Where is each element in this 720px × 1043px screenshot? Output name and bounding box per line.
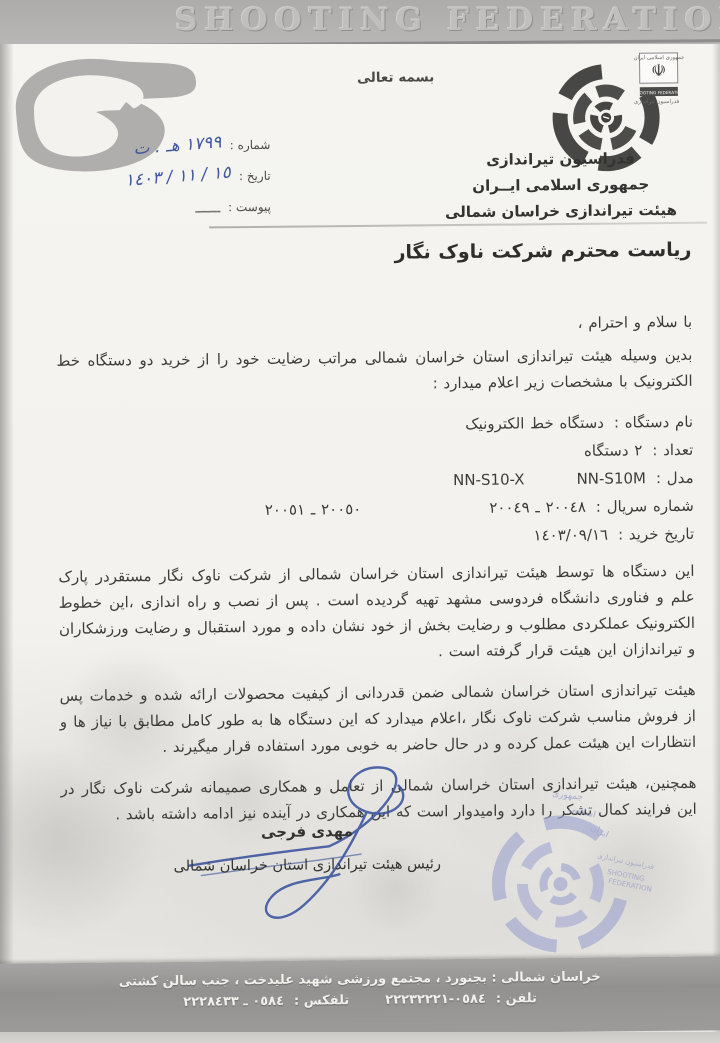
page-content: بسمه تعالی ☫ SHOOTING FEDERATION جمهوری … <box>0 44 720 1043</box>
footer-band: خراسان شمالی : بجنورد ، مجتمع ورزشی شهید… <box>0 956 720 1038</box>
spec-model-label: مدل : <box>656 464 694 492</box>
org-line-republic: جمهوری اسلامی ایــران <box>431 171 691 199</box>
field-number: شماره : ١٧٩٩ هـ . ت <box>30 135 270 157</box>
recipient-title: ریاست محترم شرکت ناوک نگار <box>55 237 691 269</box>
besmellah-text: بسمه تعالی <box>296 69 496 87</box>
footer-address: خراسان شمالی : بجنورد ، مجتمع ورزشی شهید… <box>0 968 720 991</box>
footer-phones: تلفن : ٠٥٨٤-٢٢٢٣٢٢٢١ تلفکس : ٠٥٨٤ ـ ٢٢٢٨… <box>0 989 720 1012</box>
footer-phone-label: تلفن : <box>496 991 537 1006</box>
field-number-value: ١٧٩٩ هـ . ت <box>133 132 222 159</box>
salutation: با سلام و احترام ، <box>56 309 692 341</box>
spec-serial-value-2: ٢٠٠٥٠ ـ ٢٠٠٥١ <box>265 495 362 524</box>
spec-model-value-1: NN-S10M <box>576 464 646 493</box>
spec-device-name-value: دستگاه خط الکترونیک <box>465 409 604 438</box>
footer-fax-label: تلفکس : <box>294 993 349 1009</box>
field-date: تاریخ : ١٥ / ١١ / ١٤٠٣ <box>31 166 271 188</box>
spec-device-name-label: نام دستگاه : <box>614 408 693 437</box>
spec-quantity-label: تعداد : <box>652 436 693 464</box>
field-attachment: پیوست : ـــــ <box>31 197 271 219</box>
body-paragraph-2: هیئت تیراندازی استان خراسان شمالی ضمن قد… <box>60 677 697 761</box>
footer-phone-value: ٠٥٨٤-٢٢٢٣٢٢٢١ <box>385 992 486 1008</box>
field-number-label: شماره : <box>230 138 271 152</box>
field-attachment-label: پیوست : <box>228 200 271 214</box>
footer-content: خراسان شمالی : بجنورد ، مجتمع ورزشی شهید… <box>0 956 720 1038</box>
spec-model-value-2: NN-S10-X <box>453 465 525 494</box>
field-attachment-value: ـــــ <box>195 197 220 217</box>
spec-purchase-date-value: ١٤٠٣/٠٩/١٦ <box>533 521 608 550</box>
svg-text:فدراسیون تیراندازی: فدراسیون تیراندازی <box>597 852 655 871</box>
letter-reference-fields: شماره : ١٧٩٩ هـ . ت تاریخ : ١٥ / ١١ / ١٤… <box>30 135 271 230</box>
svg-text:جمهوری: جمهوری <box>552 789 584 803</box>
letter-paper: بسمه تعالی ☫ SHOOTING FEDERATION جمهوری … <box>0 44 720 1043</box>
federation-stamp: جمهوری اسلامی ایران فدراسیون تیراندازی S… <box>464 781 666 978</box>
spec-serial-value-1: ٢٠٠٤٨ ـ ٢٠٠٤٩ <box>489 493 586 522</box>
signatory-title: رئیس هیئت تیراندازی استان خراسان شمالی <box>131 856 483 875</box>
body-paragraph-1: این دستگاه ها توسط هیئت تیراندازی استان … <box>58 558 695 668</box>
spec-serial-label: شماره سریال : <box>596 492 694 521</box>
bottom-strip <box>0 1032 720 1043</box>
spec-quantity-value: ٢ دستگاه <box>584 436 643 465</box>
scanned-letter-page: SHOOTING FEDERATION I.R.I بسمه تعالی <box>0 0 720 1043</box>
intro-paragraph: بدین وسیله هیئت تیراندازی استان خراسان ش… <box>56 342 692 400</box>
org-line-board: هیئت تیراندازی خراسان شمالی <box>431 197 691 225</box>
signature-block: مهدی فرجی رئیس هیئت تیراندازی استان خراس… <box>131 821 483 875</box>
footer-fax-value: ٠٥٨٤ ـ ٢٢٢٨٤٣٣ <box>183 994 284 1010</box>
letterhead-watermark-text: SHOOTING FEDERATION I.R.I <box>175 2 720 38</box>
organization-header: فدراسیون تیراندازی جمهوری اسلامی ایــران… <box>430 145 691 225</box>
field-date-label: تاریخ : <box>239 169 271 183</box>
svg-text:جمهوری اسلامی ایران: جمهوری اسلامی ایران <box>634 55 685 61</box>
device-specs: نام دستگاه : دستگاه خط الکترونیک تعداد :… <box>57 408 694 554</box>
field-date-value: ١٥ / ١١ / ١٤٠٣ <box>124 163 231 191</box>
letter-body: ریاست محترم شرکت ناوک نگار با سلام و احت… <box>55 237 697 843</box>
svg-text:SHOOTING FEDERATION: SHOOTING FEDERATION <box>634 90 684 95</box>
svg-text:فدراسیون تیراندازی: فدراسیون تیراندازی <box>634 99 680 105</box>
org-line-federation: فدراسیون تیراندازی <box>430 145 690 173</box>
svg-text:☫: ☫ <box>651 61 666 81</box>
spec-purchase-date-label: تاریخ خرید : <box>618 520 694 549</box>
signatory-name: مهدی فرجی <box>131 821 483 842</box>
spec-purchase-date: تاریخ خرید : ١٤٠٣/٠٩/١٦ <box>58 520 694 554</box>
